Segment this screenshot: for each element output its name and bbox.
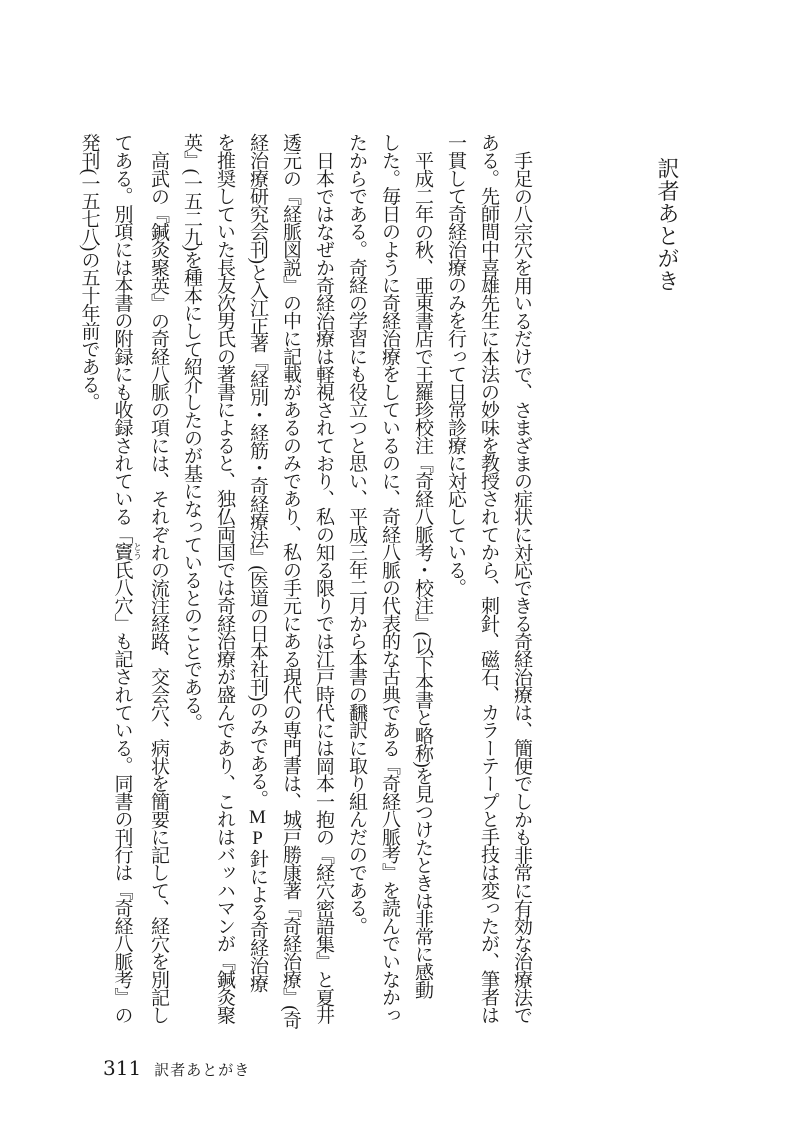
footer-page-number: 311 — [103, 1056, 141, 1080]
page-title: 訳者あとがき — [652, 157, 683, 292]
footer-section-title: 訳者あとがき — [154, 1059, 250, 1080]
body-line: 透元の『経脈図説』の中に記載があるのみであり、私の手元にある現代の専門書は、城戸… — [274, 133, 307, 1008]
body-line: 手足の八宗穴を用いるだけで、さまざまの症状に対応できる奇経治療は、簡便でしかも非… — [505, 133, 538, 1008]
body-line: たからである。奇経の学習にも役立つと思い、平成三年二月から本書の飜訳に取り組んだ… — [340, 133, 373, 1008]
body-line: した。毎日のように奇経治療をしているのに、奇経八脈の代表的な古典である『奇経八脈… — [373, 133, 406, 1008]
body-line: 日本ではなぜか奇経治療は軽視されており、私の知る限りでは江戸時代には岡本一抱の『… — [307, 133, 340, 1008]
body-text: 手足の八宗穴を用いるだけで、さまざまの症状に対応できる奇経治療は、簡便でしかも非… — [73, 133, 539, 1008]
body-line: 経治療研究会刊)と入江正著『経別・経筋・奇経療法』(医道の日本社刊)のみである。… — [241, 133, 274, 1008]
page-footer: 311 訳者あとがき — [103, 1056, 250, 1080]
body-line: 英』(一五二九)を種本にして紹介したのが基になっているとのことである。 — [175, 133, 208, 1008]
body-line: 発刊(一五七八)の五十年前である。 — [73, 133, 106, 1008]
body-line: てある。別項には本書の附録にも收録されている「竇とう氏八穴」も記されている。同書… — [106, 133, 143, 1008]
body-line: を推奨していた長友次男氏の著書によると、独仏両国では奇経治療が盛んであり、これは… — [208, 133, 241, 1008]
book-page: 訳者あとがき 手足の八宗穴を用いるだけで、さまざまの症状に対応できる奇経治療は、… — [0, 0, 800, 1135]
body-line: 高武の『鍼灸聚英』の奇経八脈の項には、それぞれの流注経路、交会穴、病状を簡要に記… — [142, 133, 175, 1008]
body-line: ある。先師間中喜雄先生に本法の妙味を教授されてから、刺針、磁石、カラーテープと手… — [472, 133, 505, 1008]
body-line: 平成二年の秋、亜東書店で王羅珍校注『奇経八脈考・校注』(以下本書と略称)を見つけ… — [406, 133, 439, 1008]
body-line: 一貫して奇経治療のみを行って日常診療に対応している。 — [439, 133, 472, 1008]
